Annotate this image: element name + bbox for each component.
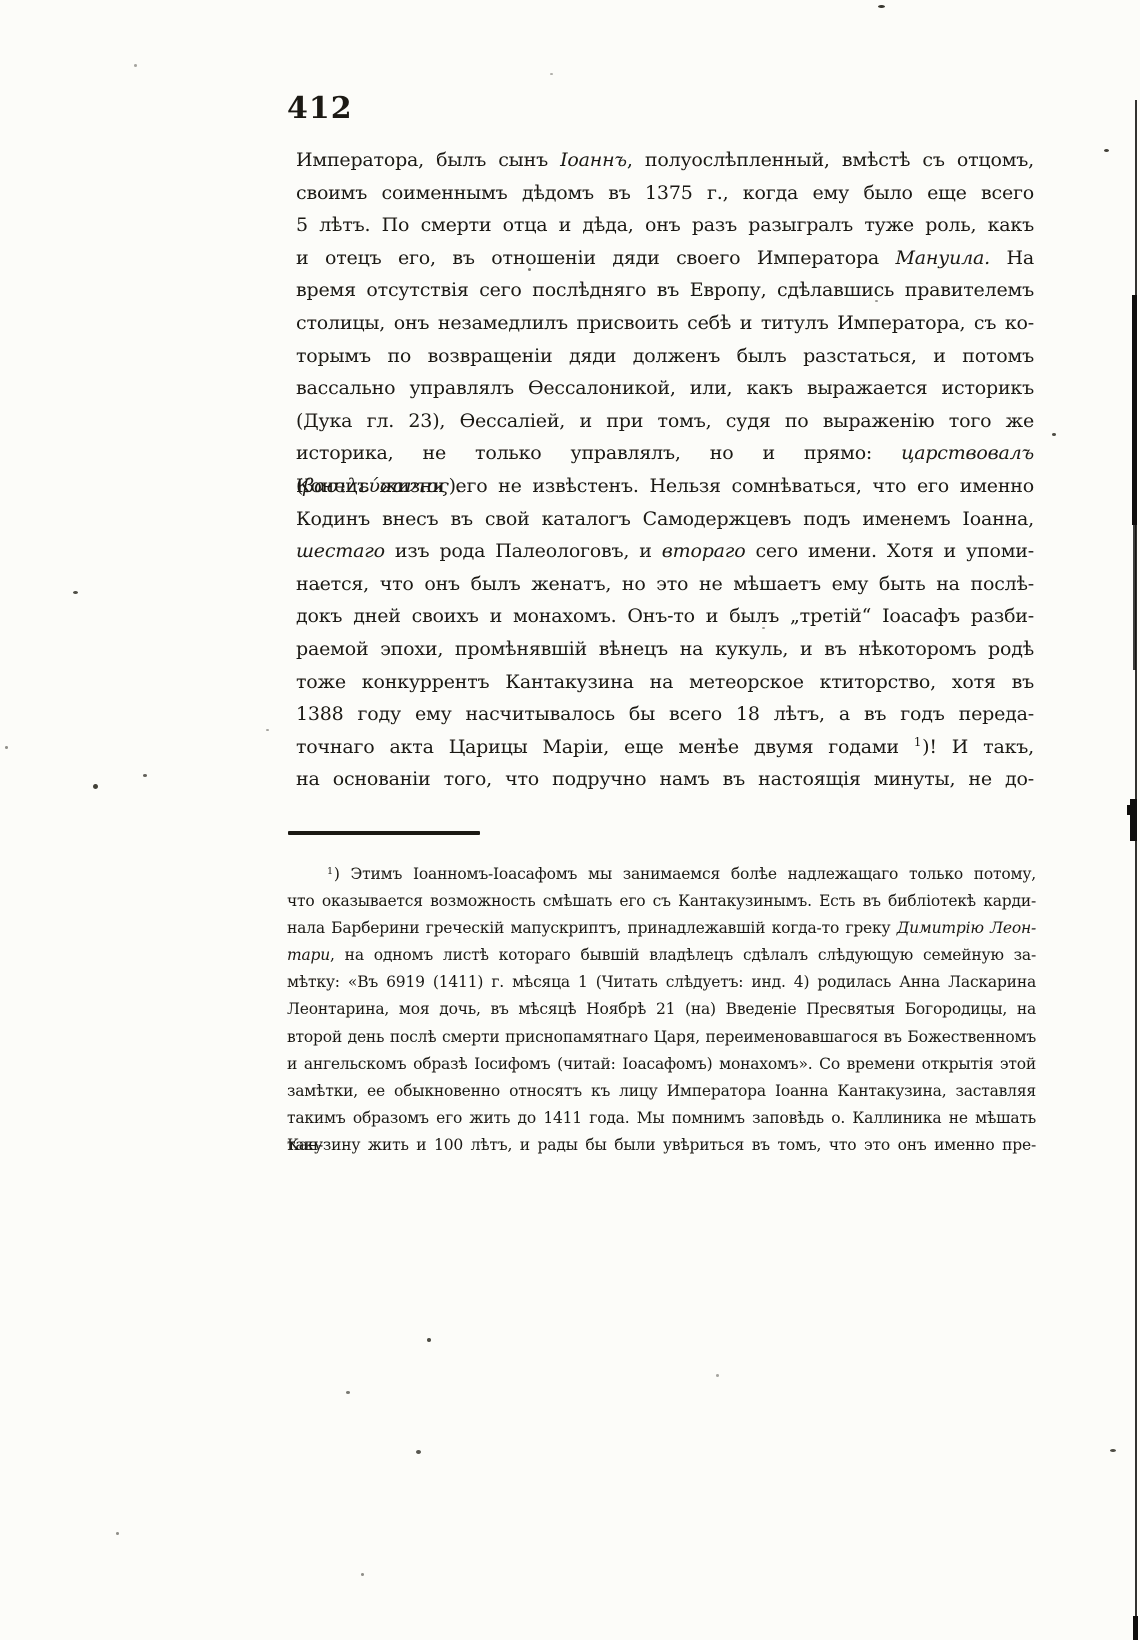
footnote-line: такимъ образомъ его жить до 1411 года. М… (287, 1105, 1036, 1132)
scan-speck (716, 1374, 719, 1377)
footnote-line: Леонтарина, моя дочь, въ мѣсяцѣ Ноябрѣ 2… (287, 996, 1036, 1023)
scan-speck (550, 73, 553, 75)
footnote-separator-rule (288, 831, 480, 835)
scan-speck (1052, 433, 1056, 436)
scan-speck (143, 774, 147, 777)
body-line: своимъ соименнымъ дѣдомъ въ 1375 г., ког… (296, 177, 1034, 210)
scan-speck (875, 300, 878, 302)
body-line: историка, не только управлялъ, но и прям… (296, 437, 1034, 470)
body-line: Императора, былъ сынъ Іоаннъ, полуослѣпл… (296, 144, 1034, 177)
scan-speck (93, 784, 98, 789)
footnote-line: такузину жить и 100 лѣтъ, и рады бы были… (287, 1132, 1036, 1159)
body-line: раемой эпохи, промѣнявшій вѣнецъ на куку… (296, 633, 1034, 666)
scan-speck (528, 268, 531, 271)
footnote-line: мѣтку: «Въ 6919 (1411) г. мѣсяца 1 (Чита… (287, 969, 1036, 996)
body-line: нается, что онъ былъ женатъ, но это не м… (296, 568, 1034, 601)
body-line: тоже конкуррентъ Кантакузина на метеорск… (296, 666, 1034, 699)
body-line: Кодинъ внесъ въ свой каталогъ Самодержце… (296, 503, 1034, 536)
body-text-block: Императора, былъ сынъ Іоаннъ, полуослѣпл… (296, 144, 1034, 796)
scan-speck (346, 1391, 350, 1394)
body-line: и отецъ его, въ отношеніи дяди своего Им… (296, 242, 1034, 275)
footnote-line: замѣтки, ее обыкновенно относятъ къ лицу… (287, 1078, 1036, 1105)
scan-speck (1104, 149, 1109, 152)
body-line: докъ дней своихъ и монахомъ. Онъ-то и бы… (296, 600, 1034, 633)
body-line: шестаго изъ рода Палеологовъ, и втораго … (296, 535, 1034, 568)
footnote-line: 1) Этимъ Іоанномъ-Іоасафомъ мы занимаемс… (287, 861, 1036, 888)
scan-speck (361, 1573, 364, 1576)
scan-speck (116, 1532, 119, 1535)
scan-speck (762, 627, 765, 629)
body-line: время отсутствія сего послѣдняго въ Евро… (296, 274, 1034, 307)
scan-speck (878, 5, 885, 8)
footnote-block: 1) Этимъ Іоанномъ-Іоасафомъ мы занимаемс… (287, 861, 1036, 1159)
footnote-line: второй день послѣ смерти приснопамятнаго… (287, 1024, 1036, 1051)
body-line: Конецъ жизни его не извѣстенъ. Нельзя со… (296, 470, 1034, 503)
footnote-line: что оказывается возможность смѣшать его … (287, 888, 1036, 915)
scan-speck (266, 729, 269, 731)
body-line: вассально управлялъ Ѳессалоникой, или, к… (296, 372, 1034, 405)
scan-speck (134, 64, 137, 67)
scan-speck (73, 591, 78, 594)
body-line: торымъ по возвращеніи дяди долженъ былъ … (296, 340, 1034, 373)
body-line: точнаго акта Царицы Маріи, еще менѣе дву… (296, 731, 1034, 764)
scan-speck (416, 1450, 421, 1454)
scan-speck (317, 586, 320, 589)
footnote-line: и ангельскомъ образѣ Іосифомъ (читай: Іо… (287, 1051, 1036, 1078)
scan-speck (1110, 1449, 1116, 1452)
footnote-line: нала Барберини греческій мапускриптъ, пр… (287, 915, 1036, 942)
body-line: (Дука гл. 23), Ѳессаліей, и при томъ, су… (296, 405, 1034, 438)
page-number: 412 (287, 93, 353, 125)
body-line: 5 лѣтъ. По смерти отца и дѣда, онъ разъ … (296, 209, 1034, 242)
scan-page: { "document": { "page_number": "412", "b… (0, 0, 1140, 1640)
footnote-line: тари, на одномъ листѣ котораго бывшій вл… (287, 942, 1036, 969)
body-line: 1388 году ему насчитывалось бы всего 18 … (296, 698, 1034, 731)
body-line: столицы, онъ незамедлилъ присвоить себѣ … (296, 307, 1034, 340)
scan-speck (5, 746, 8, 749)
scan-speck (427, 1338, 431, 1342)
body-line: на основаніи того, что подручно намъ въ … (296, 763, 1034, 796)
